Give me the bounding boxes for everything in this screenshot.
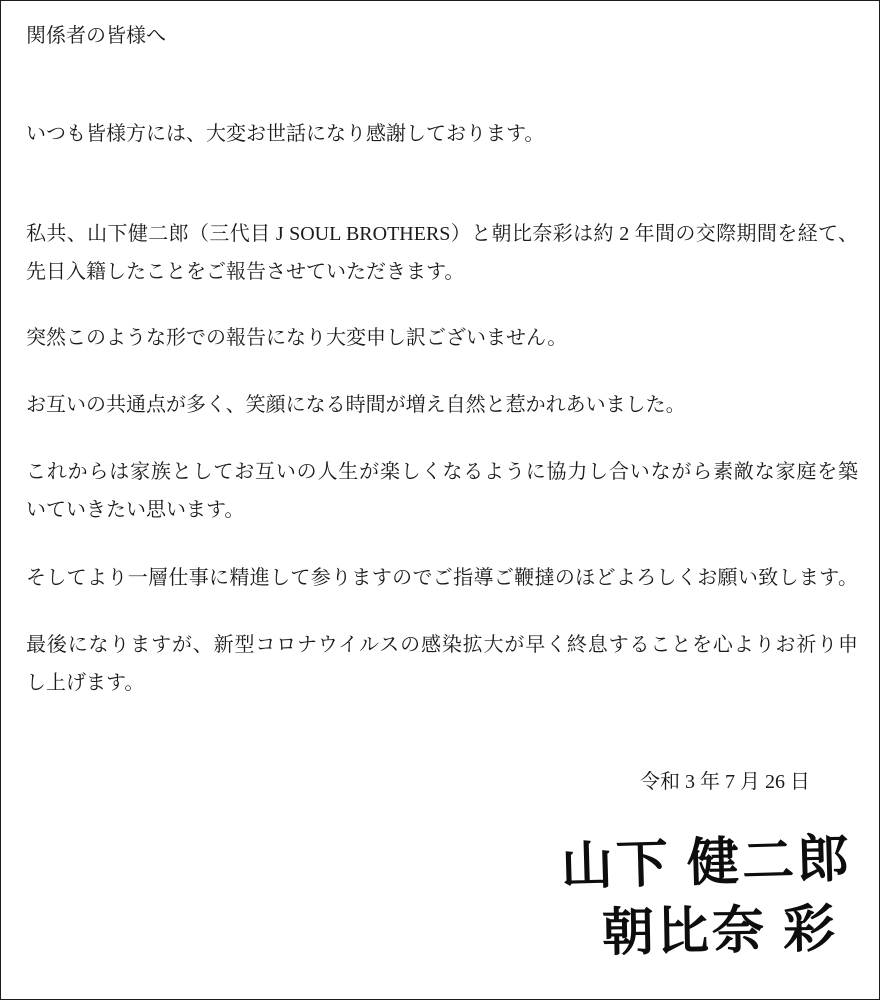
- paragraph-line: 私共、山下健二郎（三代目 J SOUL BROTHERS）と朝比奈彩は約 2 年…: [26, 215, 858, 253]
- signature-asahina-aya: 朝比奈 彩: [26, 895, 853, 979]
- paragraph-line: 最後になりますが、新型コロナウイルスの感染拡大が早く終息することを心よりお祈り申: [26, 626, 858, 664]
- paragraph-future: これからは家族としてお互いの人生が楽しくなるように協力し合いながら素敵な家庭を築…: [26, 453, 858, 529]
- paragraph-line: し上げます。: [26, 664, 858, 702]
- letter-body: 関係者の皆様へ いつも皆様方には、大変お世話になり感謝しております。 私共、山下…: [26, 17, 858, 965]
- recipient-line: 関係者の皆様へ: [26, 17, 858, 55]
- paragraph-line: いていきたい思います。: [26, 491, 858, 529]
- paragraph-work: そしてより一層仕事に精進して参りますのでご指導ご鞭撻のほどよろしくお願い致します…: [26, 559, 858, 597]
- paragraph-line: そしてより一層仕事に精進して参りますのでご指導ご鞭撻のほどよろしくお願い致します…: [26, 559, 858, 597]
- signature-block: 山下 健二郎 朝比奈 彩: [26, 825, 858, 965]
- paragraph-line: これからは家族としてお互いの人生が楽しくなるように協力し合いながら素敵な家庭を築: [26, 453, 858, 491]
- paragraph-line: お互いの共通点が多く、笑顔になる時間が増え自然と惹かれあいました。: [26, 386, 858, 424]
- letter-page: 関係者の皆様へ いつも皆様方には、大変お世話になり感謝しております。 私共、山下…: [0, 0, 880, 1000]
- paragraph-line: 先日入籍したことをご報告させていただきます。: [26, 253, 858, 291]
- paragraph-thanks: いつも皆様方には、大変お世話になり感謝しております。: [26, 115, 858, 153]
- paragraph-relationship: お互いの共通点が多く、笑顔になる時間が増え自然と惹かれあいました。: [26, 386, 858, 424]
- paragraph-line: 突然このような形での報告になり大変申し訳ございません。: [26, 319, 858, 357]
- paragraph-apology: 突然このような形での報告になり大変申し訳ございません。: [26, 319, 858, 357]
- paragraph-announcement: 私共、山下健二郎（三代目 J SOUL BROTHERS）と朝比奈彩は約 2 年…: [26, 215, 858, 291]
- date-line: 令和 3 年 7 月 26 日: [26, 763, 858, 801]
- paragraph-line: いつも皆様方には、大変お世話になり感謝しております。: [26, 115, 858, 153]
- paragraph-closing: 最後になりますが、新型コロナウイルスの感染拡大が早く終息することを心よりお祈り申…: [26, 626, 858, 702]
